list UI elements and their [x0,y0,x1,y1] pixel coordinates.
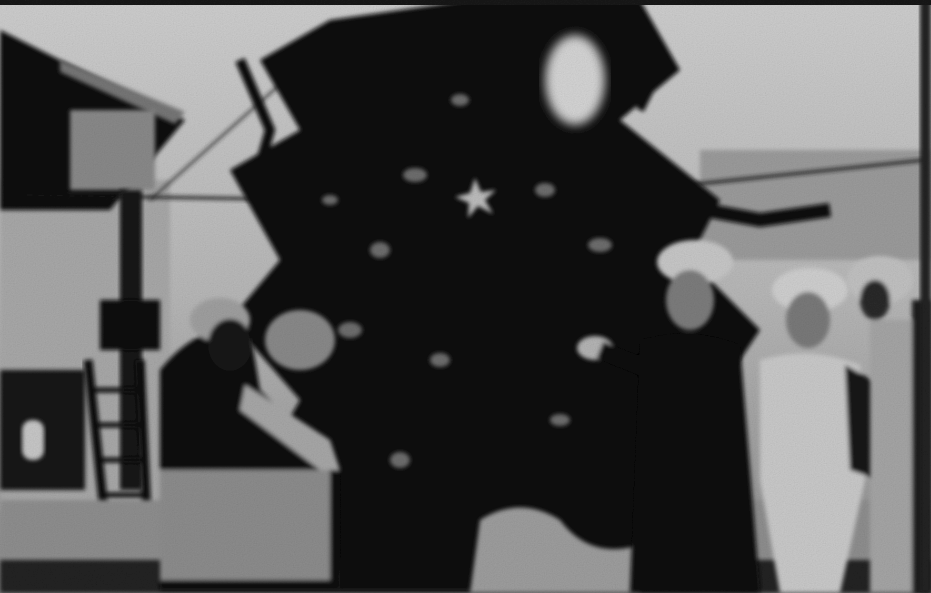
sky-gap [545,35,605,125]
left-window-pane [22,420,44,460]
right-edge-shadow [920,0,931,593]
newspaper-photo [0,0,931,593]
right-wall [700,150,931,260]
photo-canvas [0,0,931,593]
top-edge-shadow [0,0,931,5]
